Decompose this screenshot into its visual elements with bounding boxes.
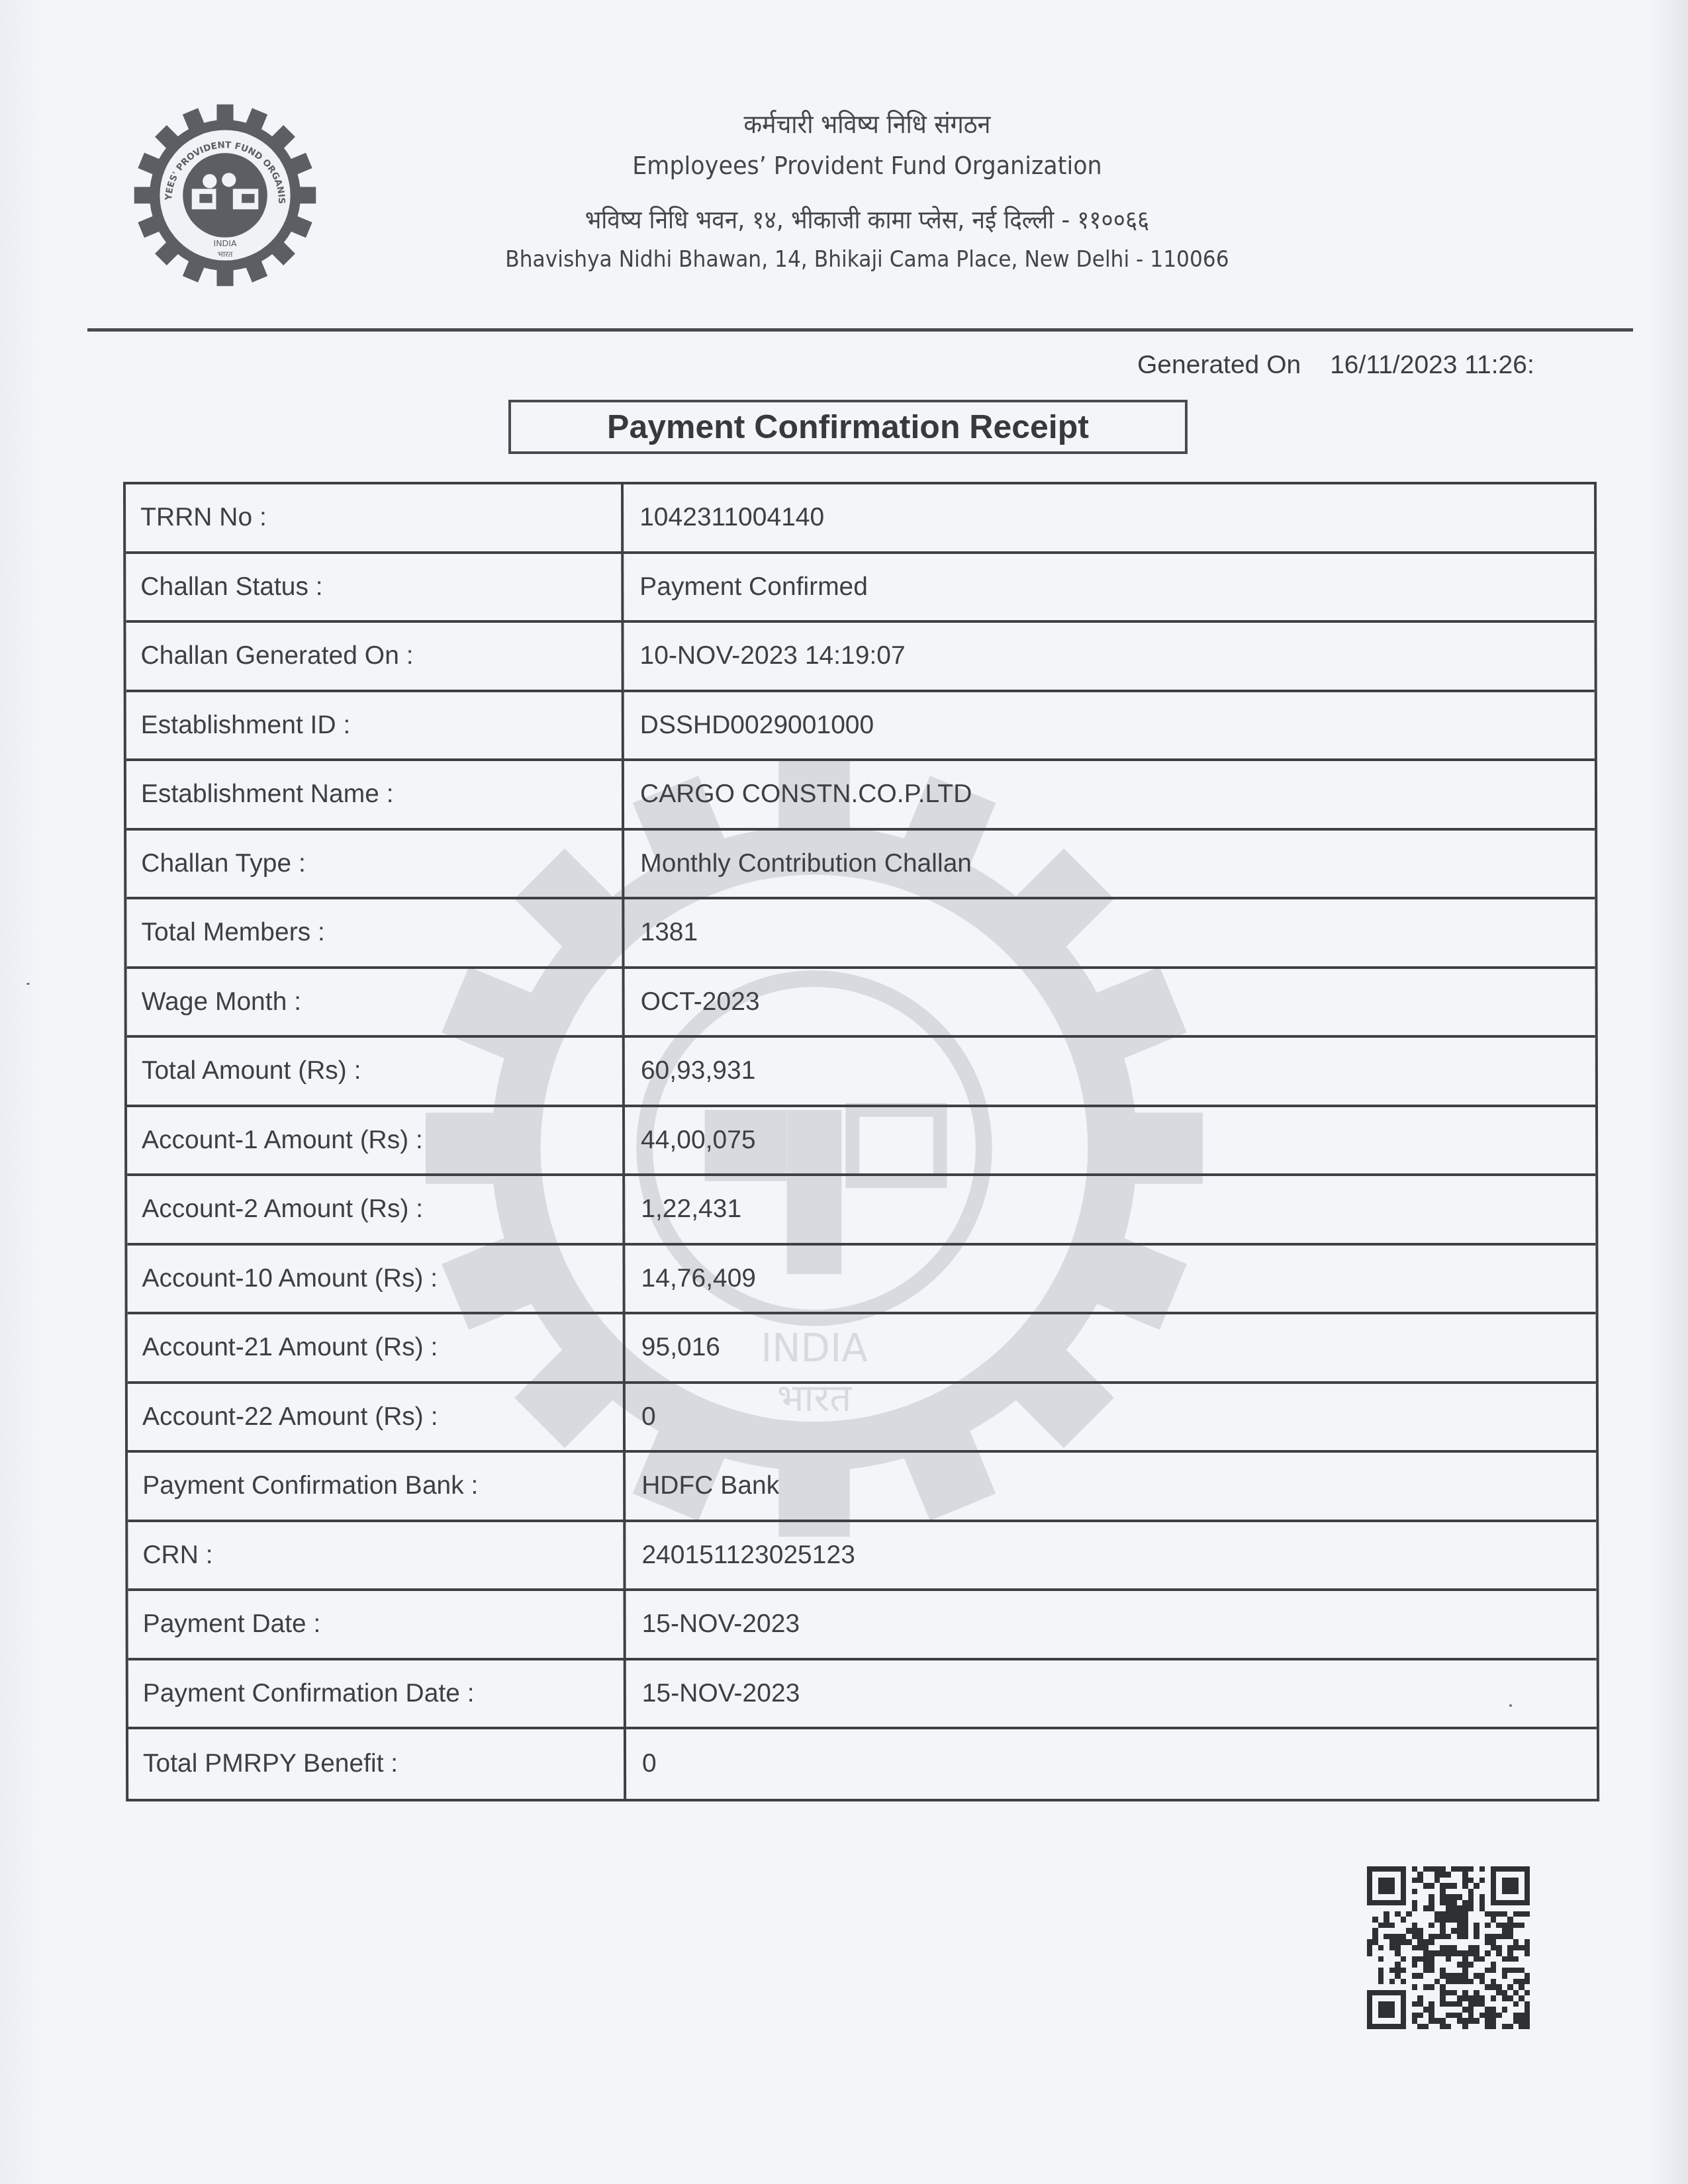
org-name-english: Employees’ Provident Fund Organization bbox=[441, 151, 1293, 180]
table-row: Account-10 Amount (Rs) :14,76,409 bbox=[127, 1246, 1595, 1315]
address-english: Bhavishya Nidhi Bhawan, 14, Bhikaji Cama… bbox=[441, 246, 1293, 273]
table-row: TRRN No :1042311004140 bbox=[126, 484, 1594, 554]
row-label: Account-1 Amount (Rs) : bbox=[127, 1107, 625, 1174]
row-label: Total Amount (Rs) : bbox=[127, 1038, 625, 1105]
row-label: Challan Status : bbox=[126, 554, 624, 621]
row-value: 10-NOV-2023 14:19:07 bbox=[624, 623, 1594, 690]
row-value: 1,22,431 bbox=[625, 1176, 1595, 1243]
scan-speck bbox=[1509, 1704, 1512, 1707]
row-label: Payment Confirmation Date : bbox=[128, 1661, 626, 1727]
table-row: Challan Generated On :10-NOV-2023 14:19:… bbox=[126, 623, 1594, 692]
row-value: 0 bbox=[626, 1729, 1597, 1799]
row-value: Monthly Contribution Challan bbox=[624, 831, 1595, 897]
table-row: Account-2 Amount (Rs) :1,22,431 bbox=[127, 1176, 1595, 1246]
table-row: Account-22 Amount (Rs) :0 bbox=[128, 1384, 1596, 1453]
row-label: Account-10 Amount (Rs) : bbox=[127, 1246, 625, 1312]
row-label: Establishment ID : bbox=[126, 692, 624, 759]
row-value: 1381 bbox=[624, 899, 1595, 966]
row-value: Payment Confirmed bbox=[624, 554, 1594, 621]
receipt-title-box: Payment Confirmation Receipt bbox=[508, 400, 1188, 454]
row-value: 60,93,931 bbox=[625, 1038, 1595, 1105]
row-value: 1042311004140 bbox=[624, 484, 1594, 551]
row-value: 15-NOV-2023 bbox=[626, 1591, 1597, 1658]
table-row: Payment Date :15-NOV-2023 bbox=[128, 1591, 1597, 1661]
row-value: 14,76,409 bbox=[625, 1246, 1595, 1312]
row-label: Payment Date : bbox=[128, 1591, 626, 1658]
table-row: Payment Confirmation Date :15-NOV-2023 bbox=[128, 1661, 1597, 1730]
row-label: Account-2 Amount (Rs) : bbox=[127, 1176, 625, 1243]
svg-text:INDIA: INDIA bbox=[213, 238, 236, 248]
row-label: Establishment Name : bbox=[126, 761, 624, 828]
row-label: Challan Generated On : bbox=[126, 623, 624, 690]
table-row: Establishment ID :DSSHD0029001000 bbox=[126, 692, 1595, 762]
table-row: Total PMRPY Benefit :0 bbox=[128, 1729, 1597, 1799]
row-value: 44,00,075 bbox=[625, 1107, 1595, 1174]
table-row: Payment Confirmation Bank :HDFC Bank bbox=[128, 1453, 1596, 1522]
generated-on-value: 16/11/2023 11:26: bbox=[1330, 351, 1534, 379]
table-row: Total Members :1381 bbox=[126, 899, 1595, 969]
table-row: Account-21 Amount (Rs) :95,016 bbox=[128, 1314, 1596, 1384]
org-name-hindi: कर्मचारी भविष्य निधि संगठन bbox=[441, 106, 1293, 141]
epfo-logo-icon: INDIA भारत EMPLOYEES' PROVIDENT FUND ORG… bbox=[129, 99, 321, 291]
row-value: HDFC Bank bbox=[626, 1453, 1596, 1520]
row-label: Total PMRPY Benefit : bbox=[128, 1729, 626, 1799]
row-value: 0 bbox=[626, 1384, 1596, 1451]
row-label: Total Members : bbox=[126, 899, 624, 966]
row-label: Wage Month : bbox=[127, 969, 625, 1036]
table-row: CRN :240151123025123 bbox=[128, 1522, 1596, 1592]
row-value: CARGO CONSTN.CO.P.LTD bbox=[624, 761, 1595, 828]
row-value: 15-NOV-2023 bbox=[626, 1661, 1597, 1727]
row-value: 95,016 bbox=[626, 1314, 1596, 1381]
row-label: TRRN No : bbox=[126, 484, 624, 551]
row-value: DSSHD0029001000 bbox=[624, 692, 1595, 759]
table-row: Total Amount (Rs) :60,93,931 bbox=[127, 1038, 1595, 1107]
table-row: Establishment Name :CARGO CONSTN.CO.P.LT… bbox=[126, 761, 1595, 831]
qr-code-icon bbox=[1367, 1866, 1530, 2029]
generated-on-label: Generated On bbox=[1137, 351, 1301, 379]
row-value: 240151123025123 bbox=[626, 1522, 1596, 1589]
table-row: Challan Status :Payment Confirmed bbox=[126, 554, 1594, 623]
receipt-title: Payment Confirmation Receipt bbox=[607, 408, 1089, 446]
table-row: Account-1 Amount (Rs) :44,00,075 bbox=[127, 1107, 1595, 1177]
row-label: Challan Type : bbox=[126, 831, 624, 897]
table-row: Wage Month :OCT-2023 bbox=[127, 969, 1595, 1038]
scan-speck bbox=[26, 983, 30, 985]
row-value: OCT-2023 bbox=[625, 969, 1595, 1036]
row-label: CRN : bbox=[128, 1522, 626, 1589]
generated-on: Generated On16/11/2023 11:26: bbox=[1137, 351, 1534, 380]
row-label: Payment Confirmation Bank : bbox=[128, 1453, 626, 1520]
table-row: Challan Type :Monthly Contribution Chall… bbox=[126, 831, 1595, 900]
row-label: Account-22 Amount (Rs) : bbox=[128, 1384, 626, 1451]
header-divider bbox=[87, 328, 1633, 332]
row-label: Account-21 Amount (Rs) : bbox=[128, 1314, 626, 1381]
address-hindi: भविष्य निधि भवन, १४, भीकाजी कामा प्लेस, … bbox=[441, 202, 1293, 236]
svg-text:भारत: भारत bbox=[218, 250, 233, 259]
payment-details-table: TRRN No :1042311004140Challan Status :Pa… bbox=[123, 482, 1599, 1801]
